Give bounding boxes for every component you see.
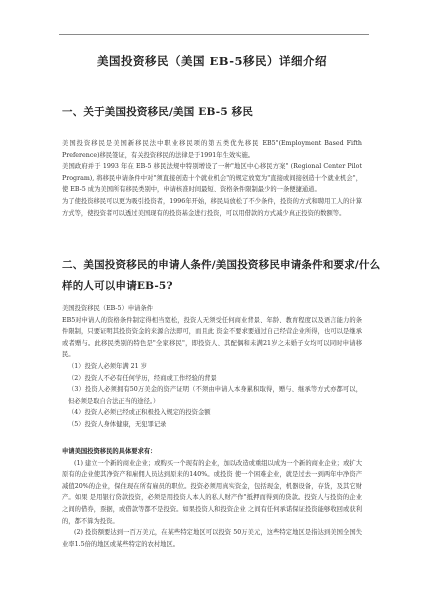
condition-item: （3）投资人必须拥有50万美金的资产证明（不须由申请人本身累积取得，赠与、继承等… [62, 384, 362, 407]
document-title: 美国投资移民（美国 EB-5移民）详细介绍 [0, 53, 424, 69]
section-1-body: 美国投资移民是美国新移民法中职业移民项的第五类优先移民 EB5"(Employm… [62, 138, 362, 219]
condition-item: （2）投资人不必有任何学历，经商或工作经验的背景 [62, 373, 362, 385]
requirements-block: 申请美国投资移民的具体要求有： (1) 建立一个新的商业企业；或购买一个现有的企… [62, 446, 362, 550]
section-2-body: 美国投资移民（EB-5）申请条件 EB5对申请人的资格条件制定得相当宽松，投资人… [62, 303, 362, 431]
condition-item: （5）投资人身体健康，无犯罪记录 [62, 419, 362, 431]
condition-item: （4）投资人必须已经或正积极投入规定的投资金额 [62, 407, 362, 419]
paragraph: 美国投资移民是美国新移民法中职业移民项的第五类优先移民 EB5"(Employm… [62, 138, 362, 161]
paragraph: 为了使投资移民可以更为吸引投资者，1996年开始，移民局放松了不少条件，投资的方… [62, 196, 362, 219]
section-1-heading: 一、关于美国投资移民/美国 EB-5 移民 [62, 104, 253, 119]
header-rule [59, 34, 369, 35]
paragraph: 美国政府并于 1993 年在 EB-5 移民法规中特别增设了一种"地区中心移民方… [62, 161, 362, 196]
requirement-item: (1) 建立一个新的商业企业；或购买一个现有的企业，加以改造或重组以成为一个新的… [62, 458, 362, 528]
section-2-heading: 二、美国投资移民的申请人条件/美国投资移民申请条件和要求/什么 样的人可以申请E… [62, 255, 392, 297]
section-2-heading-line-1: 二、美国投资移民的申请人条件/美国投资移民申请条件和要求/什么 [62, 255, 392, 276]
requirement-item: (2) 投资额要达到一百万美元，在某些特定地区可以投资 50万美元，这些特定地区… [62, 527, 362, 550]
section-2-intro: EB5对申请人的资格条件制定得相当宽松，投资人无须受任何商业背景、年龄、教育程度… [62, 315, 362, 361]
document-page: 美国投资移民（美国 EB-5移民）详细介绍 一、关于美国投资移民/美国 EB-5… [0, 0, 424, 600]
condition-item: （1）投资人必须年满 21 岁 [62, 361, 362, 373]
section-2-subtitle: 美国投资移民（EB-5）申请条件 [62, 303, 362, 315]
requirements-heading: 申请美国投资移民的具体要求有： [62, 446, 362, 458]
section-2-heading-line-2: 样的人可以申请EB-5? [62, 276, 392, 297]
